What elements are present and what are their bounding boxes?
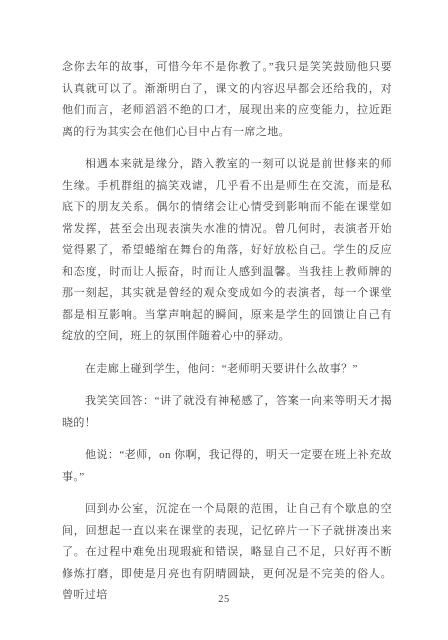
- text-block: 念你去年的故事，可惜今年不是你教了。”我只是笑笑鼓励他只要认真就可以了。渐渐明白…: [62, 57, 392, 618]
- paragraph: 念你去年的故事，可惜今年不是你教了。”我只是笑笑鼓励他只要认真就可以了。渐渐明白…: [62, 57, 392, 143]
- paragraph: 他说：“老师，on 你啊，我记得的，明天一定要在班上补充故事。”: [62, 445, 392, 488]
- paragraph: 回到办公室，沉淀在一个局限的范围，让自己有个歇息的空间，回想起一直以来在课堂的表…: [62, 499, 392, 607]
- paragraph: 我笑笑回答：“讲了就没有神秘感了，答案一向来等明天才揭晓的！: [62, 391, 392, 434]
- page-number: 25: [0, 594, 448, 605]
- document-page: 念你去年的故事，可惜今年不是你教了。”我只是笑笑鼓励他只要认真就可以了。渐渐明白…: [0, 0, 448, 640]
- paragraph: 相遇本来就是缘分，踏入教室的一刻可以说是前世修来的师生缘。手机群组的搞笑戏谑，几…: [62, 154, 392, 348]
- paragraph: 在走廊上碰到学生，他问：“老师明天要讲什么故事？”: [62, 359, 392, 381]
